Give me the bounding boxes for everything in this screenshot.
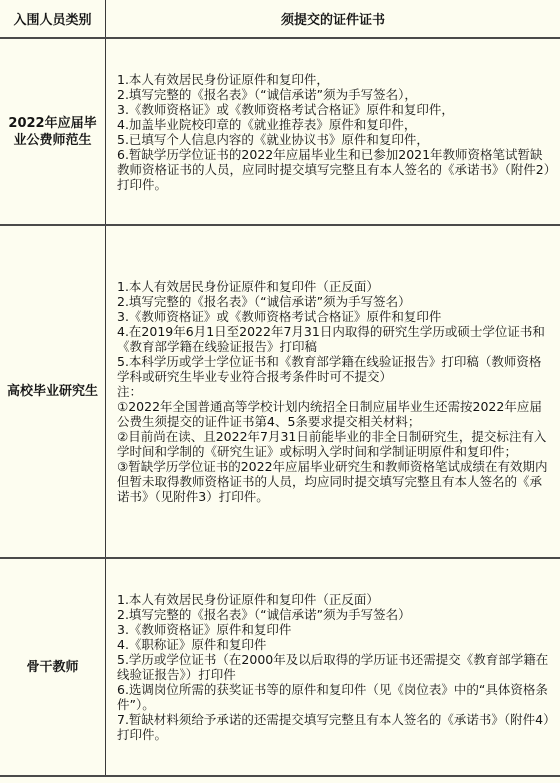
requirements-cell: 1.本人有效居民身份证原件和复印件（正反面） 2.填写完整的《报名表》（“诚信承… xyxy=(106,226,560,557)
note-item: ②目前尚在读、且2022年7月31日前能毕业的非全日制研究生，提交标注有入学时间… xyxy=(117,429,552,459)
requirement-item: 3.《教师资格证》或《教师资格考试合格证》原件和复印件， xyxy=(117,102,552,117)
note-label: 注： xyxy=(117,384,552,399)
table-header-row: 入围人员类别 须提交的证件证书 xyxy=(0,0,560,39)
note-item: ③暂缺学历学位证书的2022年应届毕业研究生和教师资格笔试成绩在有效期内但暂未取… xyxy=(117,459,552,504)
document-page: 入围人员类别 须提交的证件证书 2022年应届毕业公费师范生 1.本人有效居民身… xyxy=(0,0,560,783)
requirement-item: 5.已填写个人信息内容的《就业协议书》原件和复印件， xyxy=(117,132,552,147)
header-category-column: 入围人员类别 xyxy=(0,0,106,37)
note-item: ①2022年全国普通高等学校计划内统招全日制应届毕业生还需按2022年应届公费生… xyxy=(117,399,552,429)
requirement-item: 4.《职称证》原件和复印件 xyxy=(117,637,552,652)
requirement-item: 2.填写完整的《报名表》（“诚信承诺”须为手写签名） xyxy=(117,294,552,309)
category-cell-yanjiusheng: 高校毕业研究生 xyxy=(0,226,106,557)
requirement-item: 6.暂缺学历学位证书的2022年应届毕业生和已参加2021年教师资格笔试暂缺教师… xyxy=(117,147,552,192)
requirement-item: 2.填写完整的《报名表》（“诚信承诺”须为手写签名） xyxy=(117,607,552,622)
requirement-item: 5.学历或学位证书（在2000年及以后取得的学历证书还需提交《教育部学籍在线验证… xyxy=(117,652,552,682)
category-cell-gugan-jiaoshi: 骨干教师 xyxy=(0,559,106,775)
requirement-item: 6.选调岗位所需的获奖证书等的原件和复印件（见《岗位表》中的“具体资格条件”）。 xyxy=(117,682,552,712)
table-row: 2022年应届毕业公费师范生 1.本人有效居民身份证原件和复印件， 2.填写完整… xyxy=(0,39,560,226)
category-cell-gongfei-shifansheng: 2022年应届毕业公费师范生 xyxy=(0,39,106,224)
requirement-item: 3.《教师资格证》原件和复印件 xyxy=(117,622,552,637)
requirement-item: 1.本人有效居民身份证原件和复印件（正反面） xyxy=(117,279,552,294)
requirement-item: 4.加盖毕业院校印章的《就业推荐表》原件和复印件， xyxy=(117,117,552,132)
requirement-item: 3.《教师资格证》或《教师资格考试合格证》原件和复印件 xyxy=(117,309,552,324)
table-row: 高校毕业研究生 1.本人有效居民身份证原件和复印件（正反面） 2.填写完整的《报… xyxy=(0,226,560,559)
requirement-item: 5.本科学历或学士学位证书和《教育部学籍在线验证报告》打印稿（教师资格学科或研究… xyxy=(117,354,552,384)
requirement-item: 7.暂缺材料须给予承诺的还需提交填写完整且有本人签名的《承诺书》（附件4）打印件… xyxy=(117,712,552,742)
requirement-item: 4.在2019年6月1日至2022年7月31日内取得的研究生学历或硕士学位证书和… xyxy=(117,324,552,354)
requirements-table: 入围人员类别 须提交的证件证书 2022年应届毕业公费师范生 1.本人有效居民身… xyxy=(0,0,560,777)
requirement-item: 1.本人有效居民身份证原件和复印件， xyxy=(117,72,552,87)
header-documents-column: 须提交的证件证书 xyxy=(106,0,560,37)
requirement-item: 1.本人有效居民身份证原件和复印件（正反面） xyxy=(117,592,552,607)
requirement-item: 2.填写完整的《报名表》（“诚信承诺”须为手写签名）， xyxy=(117,87,552,102)
table-row: 骨干教师 1.本人有效居民身份证原件和复印件（正反面） 2.填写完整的《报名表》… xyxy=(0,559,560,777)
requirements-cell: 1.本人有效居民身份证原件和复印件（正反面） 2.填写完整的《报名表》（“诚信承… xyxy=(106,559,560,775)
requirements-cell: 1.本人有效居民身份证原件和复印件， 2.填写完整的《报名表》（“诚信承诺”须为… xyxy=(106,39,560,224)
